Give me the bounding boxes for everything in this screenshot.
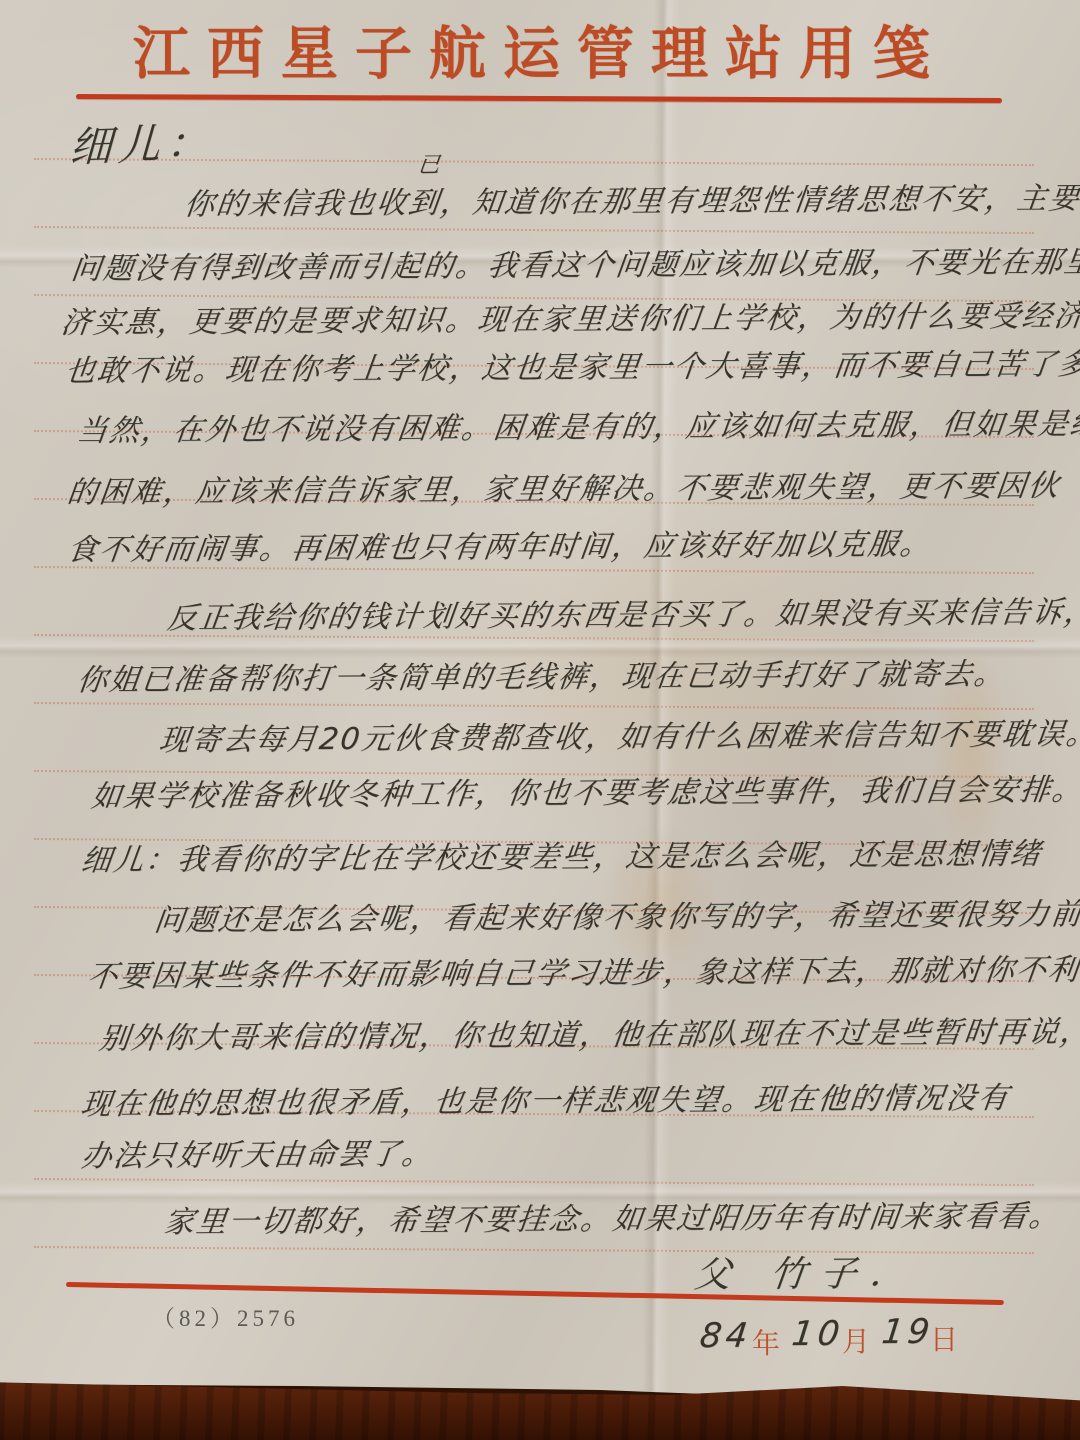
date-month-label: 月 [842,1320,870,1360]
handwritten-line: 济实惠，更要的是要求知识。现在家里送你们上学校，为的什么要受经济上的 [59,290,1080,342]
handwritten-line: 办法只好听天由命罢了。 [79,1129,436,1175]
handwritten-line: 问题没有得到改善而引起的。我看这个问题应该加以克服，不要光在那里讲经 [69,236,1080,288]
handwritten-line: 的困难，应该来信告诉家里，家里好解决。不要悲观失望，更不要因伙 [65,461,1063,512]
ruled-line [34,702,1034,710]
handwritten-line: 你姐已准备帮你打一条简单的毛线裤，现在已动手打好了就寄去。 [75,649,1009,699]
handwritten-line: 细儿：我看你的字比在学校还要差些，这是怎么会呢，还是思想情绪 [79,829,1045,880]
handwritten-line: 不要因某些条件不好而影响自己学习进步，象这样下去，那就对你不利。 [85,944,1080,995]
handwritten-line: 现寄去每月20元伙食费都查收，如有什么困难来信告知不要耽误。 [157,709,1080,760]
signature: 父 竹子． [692,1245,924,1298]
stationery-code: （82）2576 [152,1300,299,1333]
handwritten-line: 反正我给你的钱计划好买的东西是否买了。如果没有买来信告诉， [165,587,1080,637]
letterhead-title: 江西星子航运管理站用笺 [0,8,1080,90]
handwritten-line: 如果学校准备秋收冬种工作，你也不要考虑这些事件，我们自会安排。 [89,765,1080,816]
date-month-value: 10 [790,1314,846,1354]
ruled-line [34,226,1034,234]
letter-photo: 江西星子航运管理站用笺 细儿： 已 你的来信我也收到，知道你在那里有埋怨性情绪思… [0,0,1080,1440]
handwritten-line: 你的来信我也收到，知道你在那里有埋怨性情绪思想不安，主要的生活 [182,173,1080,224]
inserted-character: 已 [416,148,444,179]
handwritten-line: 问题还是怎么会呢，看起来好像不象你写的字，希望还要很努力前进。 [152,889,1080,940]
handwritten-line: 家里一切都好，希望不要挂念。如果过阳历年有时间来家看看。 [162,1191,1064,1241]
date-year-label: 年 [752,1322,780,1362]
handwritten-line: 也敢不说。现在你考上学校，这也是家里一个大喜事，而不要自己苦了多少忧愁。 [63,338,1080,390]
handwritten-line: 别外你大哥来信的情况，你也知道，他在部队现在不过是些暂时再说， [97,1007,1080,1058]
date-day-label: 日 [930,1318,958,1358]
date-day-value: 19 [880,1312,936,1352]
handwritten-line: 现在他的思想也很矛盾，也是你一样悲观失望。现在他的情况没有 [79,1073,1013,1123]
handwritten-line: 食不好而闹事。再困难也只有两年时间，应该好好加以克服。 [65,519,935,569]
handwritten-line: 当然，在外也不说没有困难。困难是有的，应该如何去克服，但如果是经济上 [75,398,1080,450]
date-year-value: 84 [698,1316,754,1356]
stationery-paper: 江西星子航运管理站用笺 细儿： 已 你的来信我也收到，知道你在那里有埋怨性情绪思… [0,0,1080,1440]
salutation: 细儿： [69,110,215,175]
